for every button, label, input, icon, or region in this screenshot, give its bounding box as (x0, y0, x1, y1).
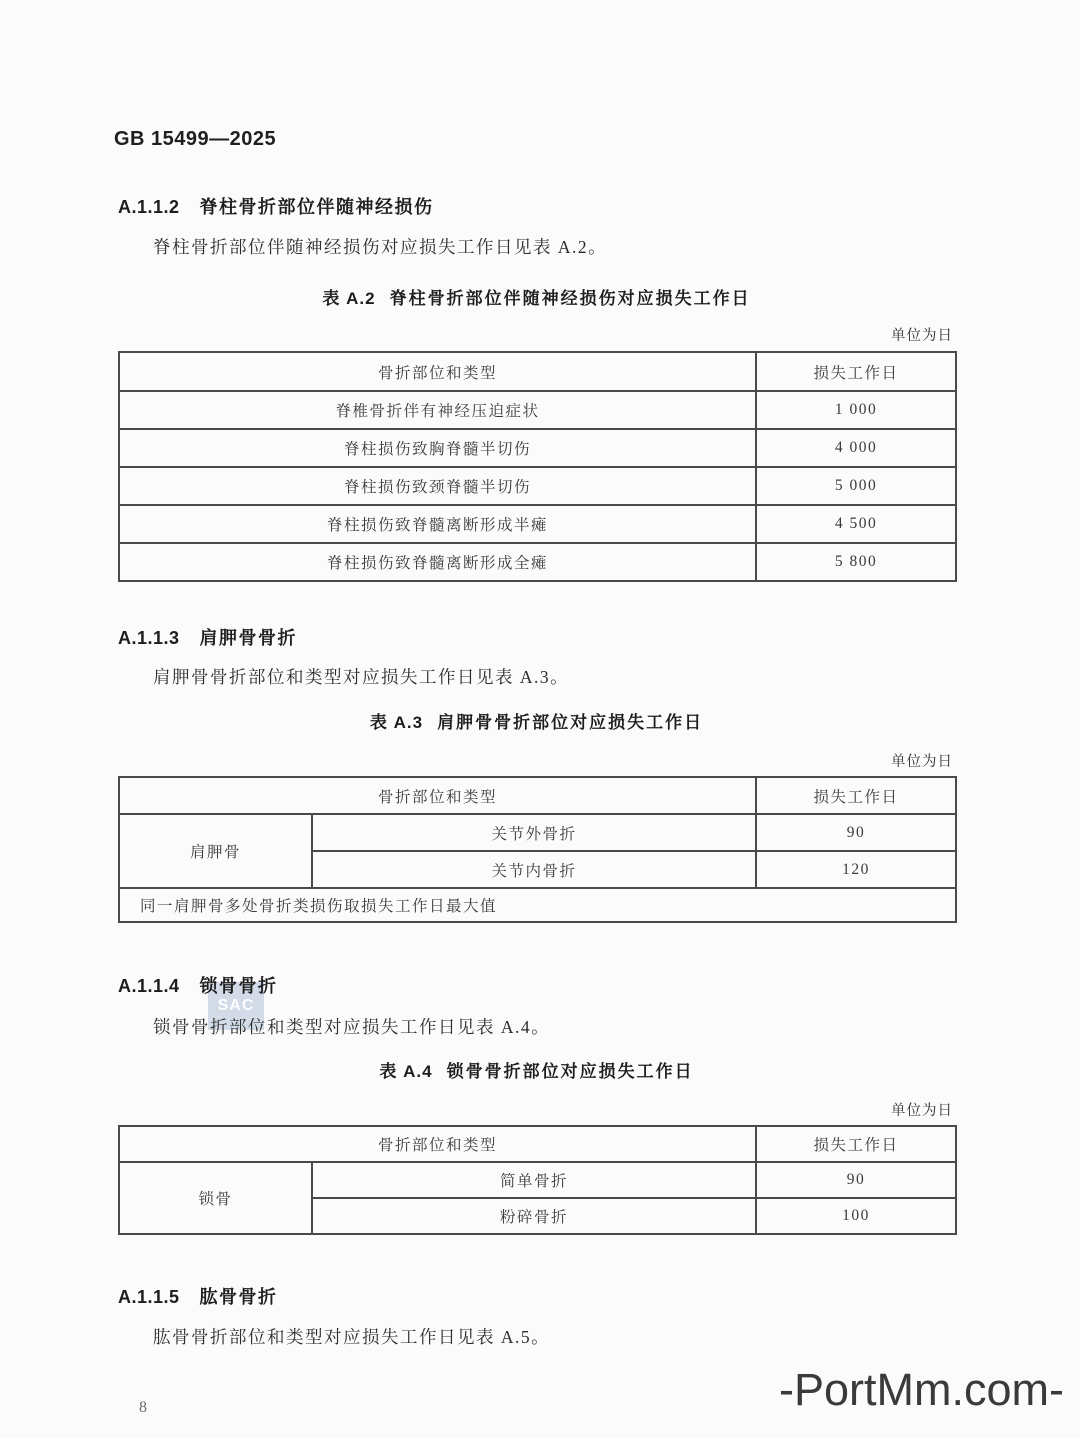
table-caption-title: 脊柱骨折部位伴随神经损伤对应损失工作日 (390, 289, 751, 308)
cell-table-note: 同一肩胛骨多处骨折类损伤取损失工作日最大值 (119, 888, 956, 922)
section-heading-a115: A.1.1.5肱骨骨折 (118, 1283, 955, 1307)
cell-fracture-type: 脊柱损伤致脊髓离断形成半瘫 (119, 505, 756, 543)
table-row: 脊柱损伤致胸脊髓半切伤 4 000 (119, 429, 956, 467)
cell-days: 4 500 (756, 505, 956, 543)
unit-note: 单位为日 (118, 750, 955, 770)
section-title: 锁骨骨折 (200, 976, 278, 996)
cell-fracture-type: 脊柱损伤致颈脊髓半切伤 (119, 467, 756, 505)
cell-days: 4 000 (756, 429, 956, 467)
cell-days: 1 000 (756, 391, 956, 429)
cell-days: 5 000 (756, 467, 956, 505)
section-number: A.1.1.2 (118, 197, 180, 217)
cell-fracture-type: 关节外骨折 (312, 814, 756, 851)
cell-days: 90 (756, 814, 956, 851)
table-caption-a3: 表 A.3肩胛骨骨折部位对应损失工作日 (118, 708, 955, 730)
section-title: 脊柱骨折部位伴随神经损伤 (200, 197, 434, 217)
col-header-lost-workdays: 损失工作日 (756, 352, 956, 391)
table-caption-title: 锁骨骨折部位对应损失工作日 (447, 1062, 694, 1081)
cell-fracture-type: 粉碎骨折 (312, 1198, 756, 1234)
cell-days: 5 800 (756, 543, 956, 581)
section-intro-a112: 脊柱骨折部位伴随神经损伤对应损失工作日见表 A.2。 (118, 234, 955, 258)
section-number: A.1.1.3 (118, 628, 180, 648)
cell-days: 120 (756, 851, 956, 888)
col-header-fracture-type: 骨折部位和类型 (119, 777, 756, 814)
table-caption-label: 表 A.3 (370, 713, 423, 732)
cell-fracture-type: 脊柱损伤致胸脊髓半切伤 (119, 429, 756, 467)
cell-fracture-type: 关节内骨折 (312, 851, 756, 888)
section-heading-a114: A.1.1.4锁骨骨折 (118, 972, 955, 996)
table-a3: 骨折部位和类型 损失工作日 肩胛骨 关节外骨折 90 关节内骨折 120 同一肩… (118, 776, 957, 923)
col-header-fracture-type: 骨折部位和类型 (119, 352, 756, 391)
col-header-fracture-type: 骨折部位和类型 (119, 1126, 756, 1162)
cell-bone-group: 肩胛骨 (119, 814, 312, 888)
unit-note: 单位为日 (118, 1099, 955, 1119)
section-title: 肱骨骨折 (200, 1287, 278, 1307)
table-note-row: 同一肩胛骨多处骨折类损伤取损失工作日最大值 (119, 888, 956, 922)
cell-fracture-type: 脊椎骨折伴有神经压迫症状 (119, 391, 756, 429)
section-intro-a115: 肱骨骨折部位和类型对应损失工作日见表 A.5。 (118, 1324, 955, 1348)
table-a2: 骨折部位和类型 损失工作日 脊椎骨折伴有神经压迫症状 1 000 脊柱损伤致胸脊… (118, 351, 957, 582)
site-watermark: -PortMm.com- (779, 1364, 1064, 1416)
table-caption-label: 表 A.2 (322, 289, 375, 308)
table-a4: 骨折部位和类型 损失工作日 锁骨 简单骨折 90 粉碎骨折 100 (118, 1125, 957, 1235)
section-intro-a113: 肩胛骨骨折部位和类型对应损失工作日见表 A.3。 (118, 664, 955, 688)
page-number: 8 (139, 1399, 147, 1417)
standard-code-header: GB 15499—2025 (114, 128, 955, 150)
section-title: 肩胛骨骨折 (200, 628, 298, 648)
section-heading-a112: A.1.1.2脊柱骨折部位伴随神经损伤 (118, 193, 955, 217)
page-content: GB 15499—2025 A.1.1.2脊柱骨折部位伴随神经损伤 脊柱骨折部位… (118, 0, 955, 1348)
col-header-lost-workdays: 损失工作日 (756, 777, 956, 814)
cell-bone-group: 锁骨 (119, 1162, 312, 1234)
table-header-row: 骨折部位和类型 损失工作日 (119, 352, 956, 391)
cell-days: 100 (756, 1198, 956, 1234)
table-row: 脊柱损伤致脊髓离断形成全瘫 5 800 (119, 543, 956, 581)
section-number: A.1.1.5 (118, 1287, 180, 1307)
section-intro-a114: 锁骨骨折部位和类型对应损失工作日见表 A.4。 (118, 1014, 955, 1038)
table-row: 肩胛骨 关节外骨折 90 (119, 814, 956, 851)
table-header-row: 骨折部位和类型 损失工作日 (119, 1126, 956, 1162)
cell-fracture-type: 简单骨折 (312, 1162, 756, 1198)
table-caption-a2: 表 A.2脊柱骨折部位伴随神经损伤对应损失工作日 (118, 284, 955, 306)
table-row: 脊椎骨折伴有神经压迫症状 1 000 (119, 391, 956, 429)
table-caption-a4: 表 A.4锁骨骨折部位对应损失工作日 (118, 1057, 955, 1079)
cell-fracture-type: 脊柱损伤致脊髓离断形成全瘫 (119, 543, 756, 581)
cell-days: 90 (756, 1162, 956, 1198)
col-header-lost-workdays: 损失工作日 (756, 1126, 956, 1162)
table-row: 脊柱损伤致脊髓离断形成半瘫 4 500 (119, 505, 956, 543)
table-row: 脊柱损伤致颈脊髓半切伤 5 000 (119, 467, 956, 505)
table-header-row: 骨折部位和类型 损失工作日 (119, 777, 956, 814)
section-heading-a113: A.1.1.3肩胛骨骨折 (118, 624, 955, 648)
unit-note: 单位为日 (118, 324, 955, 344)
table-row: 锁骨 简单骨折 90 (119, 1162, 956, 1198)
table-caption-title: 肩胛骨骨折部位对应损失工作日 (437, 713, 703, 732)
table-caption-label: 表 A.4 (379, 1062, 432, 1081)
section-number: A.1.1.4 (118, 976, 180, 996)
